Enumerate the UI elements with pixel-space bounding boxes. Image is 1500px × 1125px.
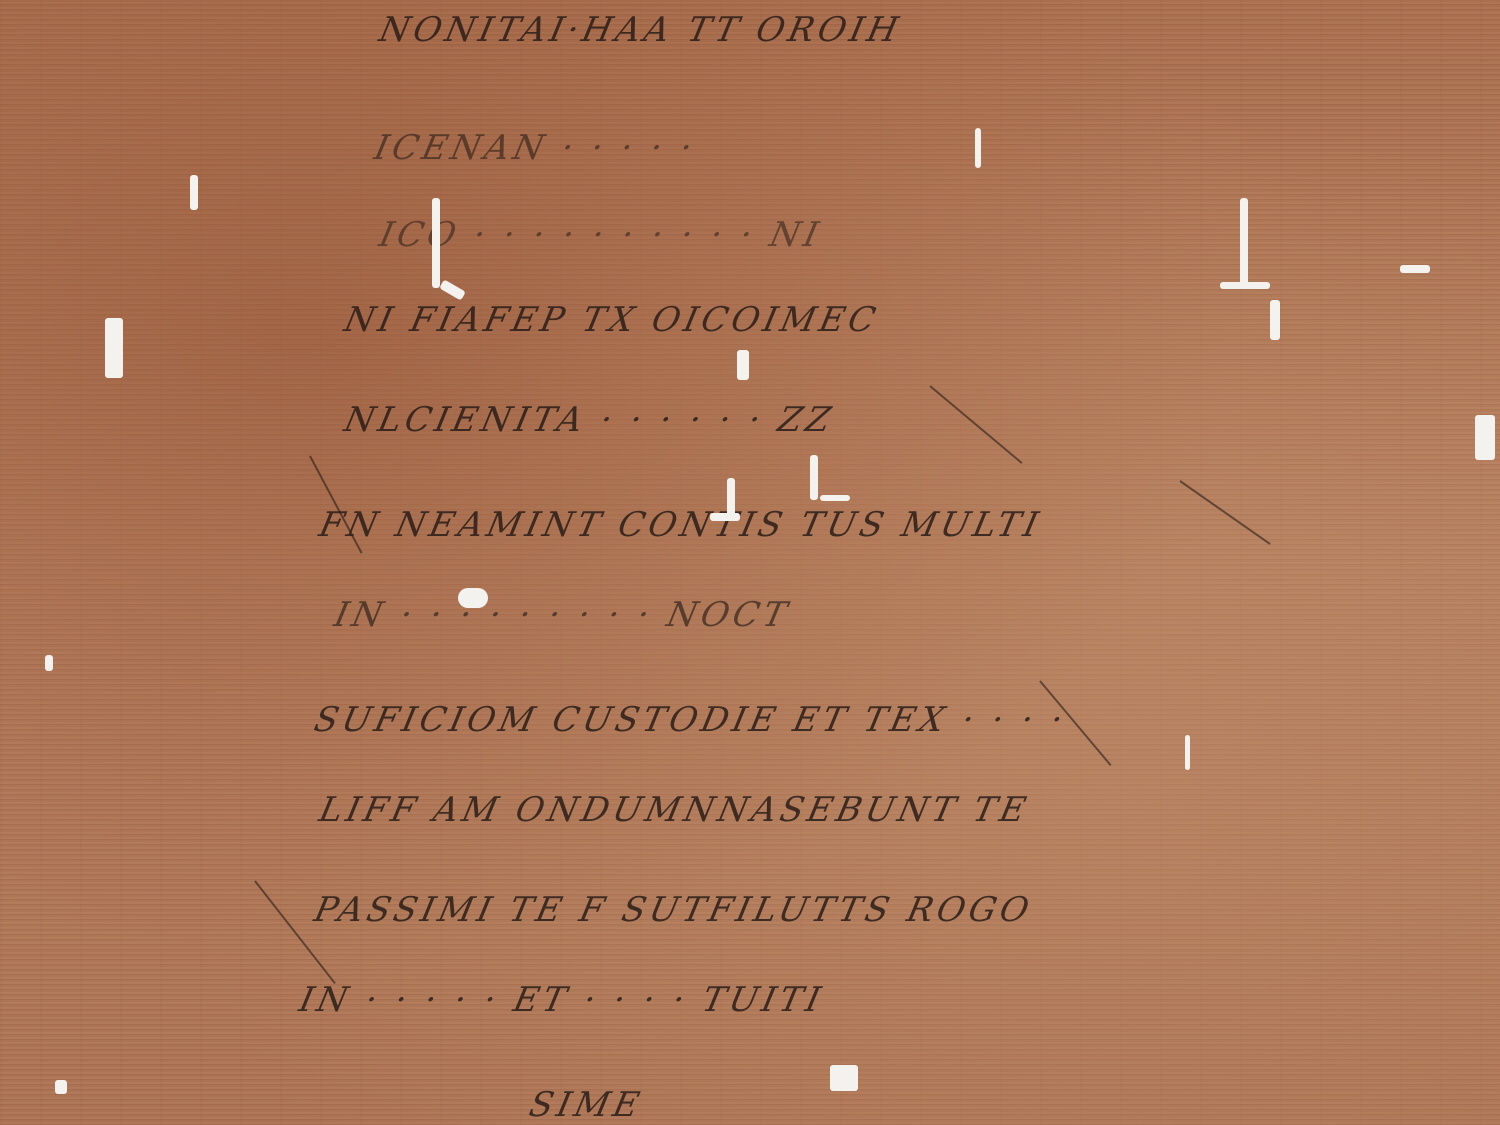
- papyrus-hole: [975, 128, 981, 168]
- text-line: LIFF AM ONDUMNNASEBUNT TE: [316, 790, 1034, 830]
- papyrus-hole: [45, 655, 53, 671]
- text-line: IN · · · · · ET · · · · TUITI: [296, 980, 828, 1020]
- text-line: ICO · · · · · · · · · · NI: [376, 215, 826, 255]
- text-line: PASSIMI TE F SUTFILUTTS ROGO: [311, 890, 1037, 930]
- papyrus-hole: [105, 318, 123, 378]
- papyrus-hole: [1240, 198, 1248, 288]
- ink-stroke: [1179, 480, 1270, 545]
- papyrus-hole: [1185, 735, 1190, 770]
- ink-stroke: [929, 385, 1022, 464]
- papyrus-hole: [737, 350, 749, 380]
- papyrus-hole: [810, 455, 818, 500]
- papyrus-hole: [190, 175, 198, 210]
- papyrus-hole: [1400, 265, 1430, 273]
- papyrus-hole: [820, 495, 850, 501]
- handwritten-text: NONITAI·HAA TT OROIH ICENAN · · · · · IC…: [0, 0, 1500, 1125]
- text-line: NONITAI·HAA TT OROIH: [376, 10, 906, 50]
- text-line: NI FIAFEP TX OICOIMEC: [341, 300, 883, 340]
- papyrus-hole: [458, 588, 488, 608]
- text-line: NLCIENITA · · · · · · ZZ: [341, 400, 838, 440]
- papyrus-hole: [710, 513, 740, 521]
- text-line: IN · · · · · · · · · NOCT: [331, 595, 794, 635]
- papyrus-hole: [1220, 282, 1270, 289]
- text-line: FN NEAMINT CONTIS TUS MULTI: [316, 505, 1046, 545]
- papyrus-hole: [1475, 415, 1495, 460]
- papyrus-hole: [432, 198, 440, 288]
- papyrus-hole: [1270, 300, 1280, 340]
- papyrus-hole: [830, 1065, 858, 1091]
- text-line: SUFICIOM CUSTODIE ET TEX · · · ·: [311, 700, 1071, 740]
- text-line: ICENAN · · · · ·: [371, 128, 700, 168]
- papyrus-hole: [55, 1080, 67, 1094]
- papyrus-hole: [727, 478, 735, 518]
- text-line: SIME: [526, 1085, 647, 1125]
